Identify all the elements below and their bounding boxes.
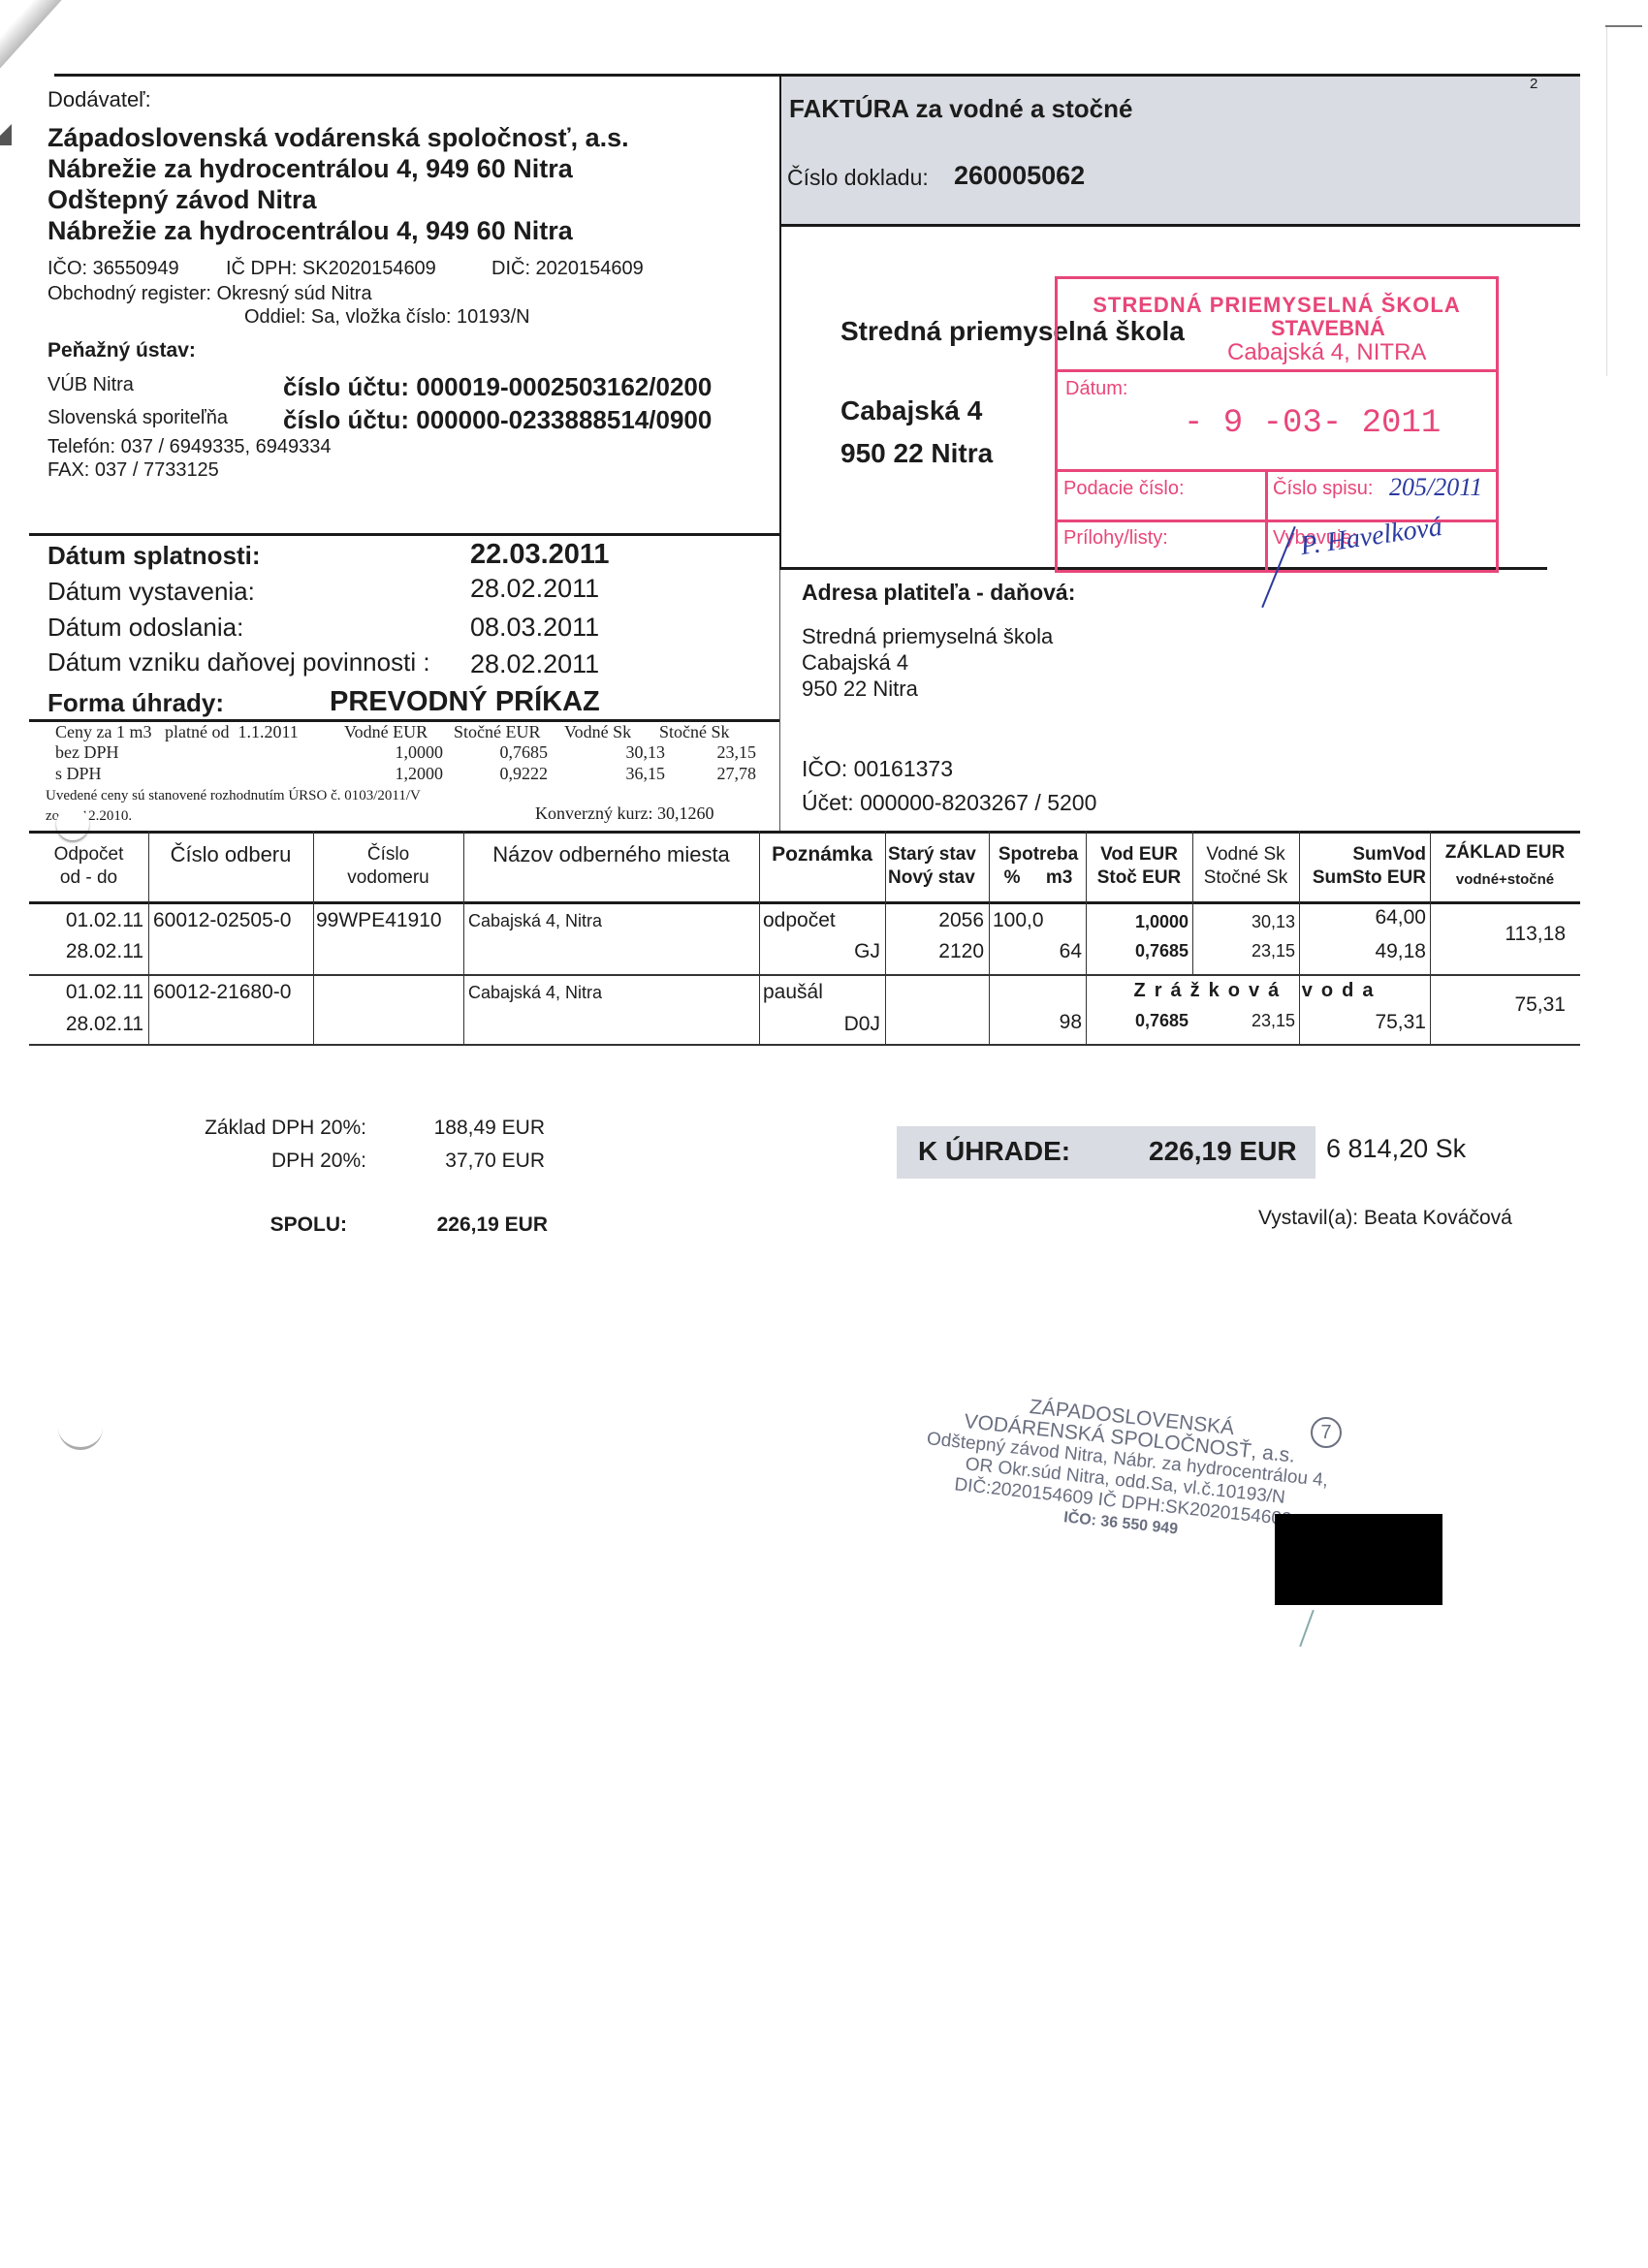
- supplier-dic: DIČ: 2020154609: [491, 258, 644, 280]
- th-poznamka: Poznámka: [759, 843, 885, 866]
- th-nazov: Názov odberného miesta: [463, 843, 759, 866]
- doc-number: 260005062: [954, 161, 1085, 191]
- cell-odber: 60012-21680-0: [153, 981, 291, 1004]
- bank-label: Peňažný ústav:: [48, 339, 196, 362]
- th-eur: Vod EURStoč EUR: [1086, 843, 1192, 890]
- payer-account: Účet: 000000-8203267 / 5200: [802, 790, 1096, 816]
- cell-zaklad: 75,31: [1430, 993, 1566, 1017]
- supplier-ic-dph: IČ DPH: SK2020154609: [226, 258, 436, 280]
- th-zaklad: ZÁKLAD EURvodné+stočné: [1430, 841, 1580, 892]
- stamp-spis-label: Číslo spisu:: [1273, 478, 1373, 500]
- th-sk: Vodné SkStočné Sk: [1192, 843, 1299, 890]
- cell-vod-sk: 30,13: [1192, 912, 1295, 932]
- cell-stary-stav: 2056: [885, 909, 984, 932]
- hole-punch-mark: [56, 807, 89, 840]
- table-row-border: [29, 974, 1580, 976]
- payer-city: 950 22 Nitra: [802, 676, 1053, 702]
- price-value: 1,0000: [396, 742, 444, 763]
- stamp-number-circle: 7: [1311, 1417, 1342, 1448]
- cell-poznamka: odpočet: [763, 909, 836, 932]
- prices-row-label: s DPH: [55, 764, 102, 784]
- received-stamp: STREDNÁ PRIEMYSELNÁ ŠKOLA STAVEBNÁ Cabaj…: [1055, 276, 1499, 573]
- stamp-date-value: - 9 -03- 2011: [1184, 405, 1441, 442]
- cell-vod-eur: 1,0000: [1086, 912, 1188, 932]
- payment-method-label: Forma úhrady:: [48, 688, 224, 718]
- sent-date-value: 08.03.2011: [470, 613, 599, 643]
- stamp-school-address: Cabajská 4, NITRA: [1227, 339, 1426, 366]
- issued-by: Vystavil(a): Beata Kováčová: [1258, 1207, 1512, 1230]
- supplier-phone: Telefón: 037 / 6949335, 6949334: [48, 436, 331, 458]
- table-column-divider: [885, 831, 886, 1044]
- cell-m3: 98: [989, 1011, 1082, 1034]
- dates-top-border: [29, 533, 779, 536]
- bank-name-vub: VÚB Nitra: [48, 374, 134, 396]
- cell-from: 01.02.11: [29, 981, 143, 1004]
- cell-poznamka-code: D0J: [759, 1013, 880, 1036]
- payer-address: Stredná priemyselná škola Cabajská 4 950…: [802, 623, 1053, 702]
- stamp-date-label: Dátum:: [1065, 378, 1127, 400]
- payer-divider: [779, 570, 780, 832]
- conversion-rate: Konverzný kurz: 30,1260: [535, 803, 713, 824]
- payment-method-value: PREVODNÝ PRÍKAZ: [330, 686, 600, 718]
- cell-sum-vod: 64,00: [1299, 906, 1426, 929]
- stamp-spis-value: 205/2011: [1389, 473, 1482, 502]
- prices-header-label: Ceny za 1 m3 platné od 1.1.2011: [55, 722, 299, 742]
- price-value: 0,7685: [500, 742, 549, 763]
- cell-from: 01.02.11: [29, 909, 143, 932]
- cell-miesto: Cabajská 4, Nitra: [468, 911, 602, 931]
- price-value: 0,9222: [500, 764, 549, 784]
- prices-header-stocne-eur: Stočné EUR: [454, 722, 541, 742]
- th-odpocet: Odpočetod - do: [29, 843, 148, 890]
- supplier-name: Západoslovenská vodárenská spoločnosť, a…: [48, 122, 629, 153]
- due-date-label: Dátum splatnosti:: [48, 541, 261, 571]
- recipient-street: Cabajská 4: [840, 395, 982, 426]
- cell-poznamka-code: GJ: [759, 940, 880, 963]
- cell-sum-sto: 49,18: [1299, 940, 1426, 963]
- cell-m3: 64: [989, 940, 1082, 963]
- amount-due-label: K ÚHRADE:: [918, 1136, 1070, 1167]
- sent-date-label: Dátum odoslania:: [48, 613, 243, 643]
- cell-stoc-sk: 23,15: [1192, 941, 1295, 961]
- payer-name: Stredná priemyselná škola: [802, 623, 1053, 649]
- prices-header-vodne-sk: Vodné Sk: [564, 722, 631, 742]
- cell-percent: 100,0: [993, 909, 1044, 932]
- vat-base-value: 188,49 EUR: [407, 1117, 545, 1140]
- header-divider: [779, 74, 781, 570]
- payer-label: Adresa platiteľa - daňová:: [802, 580, 1075, 606]
- prices-header-vodne-eur: Vodné EUR: [344, 722, 428, 742]
- issued-date-label: Dátum vystavenia:: [48, 577, 255, 607]
- scan-edge-line: [1606, 27, 1607, 376]
- supplier-register: Obchodný register: Okresný súd Nitra: [48, 283, 372, 305]
- invoice-title: FAKTÚRA za vodné a stočné: [789, 94, 1132, 124]
- prices-note: Uvedené ceny sú stanovené rozhodnutím ÚR…: [46, 788, 421, 804]
- hole-punch-mark: [58, 1408, 103, 1450]
- tax-date-value: 28.02.2011: [470, 649, 599, 679]
- prices-header-stocne-sk: Stočné Sk: [659, 722, 730, 742]
- total-label: SPOLU:: [145, 1213, 347, 1237]
- page-number: 2: [1530, 76, 1537, 92]
- stamp-podacie-label: Podacie číslo:: [1063, 478, 1185, 500]
- stamp-prilohy-label: Prílohy/listy:: [1063, 527, 1168, 550]
- th-cislo-odberu: Číslo odberu: [148, 843, 313, 866]
- payer-ico: IČO: 00161373: [802, 756, 953, 782]
- due-date-value: 22.03.2011: [470, 539, 610, 571]
- stamp-divider: [1058, 469, 1496, 472]
- supplier-label: Dodávateľ:: [48, 87, 151, 112]
- issued-date-value: 28.02.2011: [470, 574, 599, 604]
- cell-to: 28.02.11: [29, 1013, 143, 1036]
- supplier-ico: IČO: 36550949: [48, 258, 179, 280]
- amount-due-value: 226,19 EUR: [1149, 1136, 1297, 1167]
- table-header-bottom-border: [29, 901, 1580, 904]
- table-bottom-border: [29, 1044, 1580, 1046]
- supplier-branch: Odštepný závod Nitra: [48, 184, 629, 215]
- cell-novy-stav: 2120: [885, 940, 984, 963]
- redaction-box: [1275, 1514, 1442, 1605]
- supplier-fax: FAX: 037 / 7733125: [48, 459, 219, 482]
- stamp-school-type: STAVEBNÁ: [1271, 316, 1385, 341]
- vat-label: DPH 20%:: [145, 1150, 366, 1173]
- th-cislo-vodomeru: Číslovodomeru: [313, 843, 463, 890]
- cell-poznamka: paušál: [763, 981, 823, 1004]
- cell-to: 28.02.11: [29, 940, 143, 963]
- top-border: [54, 74, 1580, 77]
- price-value: 36,15: [626, 764, 666, 784]
- vat-base-label: Základ DPH 20%:: [145, 1117, 366, 1140]
- th-spotreba: Spotreba% m3: [991, 843, 1086, 890]
- supplier-address: Nábrežie za hydrocentrálou 4, 949 60 Nit…: [48, 153, 629, 184]
- supplier-block: Západoslovenská vodárenská spoločnosť, a…: [48, 122, 629, 246]
- table-top-border: [29, 831, 1580, 834]
- cell-zrazkova-voda: Zrážková voda: [1086, 980, 1430, 1002]
- bank-account-vub: číslo účtu: 000019-0002503162/0200: [283, 372, 712, 402]
- signature-stroke: [1299, 1610, 1315, 1647]
- recipient-city: 950 22 Nitra: [840, 438, 993, 469]
- cell-stoc-eur: 0,7685: [1086, 1011, 1188, 1031]
- cell-vodomer: 99WPE41910: [316, 909, 442, 932]
- bank-name-slsp: Slovenská sporiteľňa: [48, 407, 228, 429]
- total-value: 226,19 EUR: [407, 1213, 548, 1237]
- th-stav: Starý stavNový stav: [888, 843, 989, 890]
- amount-due-sk: 6 814,20 Sk: [1326, 1134, 1466, 1164]
- cell-zaklad: 113,18: [1430, 923, 1566, 946]
- cell-stoc-eur: 0,7685: [1086, 941, 1188, 961]
- doc-number-label: Číslo dokladu:: [787, 165, 929, 191]
- supplier-register-section: Oddiel: Sa, vložka číslo: 10193/N: [244, 306, 530, 329]
- stamp-school-name: STREDNÁ PRIEMYSELNÁ ŠKOLA: [1058, 293, 1496, 318]
- title-box-bottom-border: [781, 224, 1580, 227]
- tax-date-label: Dátum vzniku daňovej povinnosti :: [48, 647, 430, 677]
- price-value: 27,78: [717, 764, 757, 784]
- cell-odber: 60012-02505-0: [153, 909, 291, 932]
- supplier-branch-address: Nábrežie za hydrocentrálou 4, 949 60 Nit…: [48, 215, 629, 246]
- cell-sum-sto: 75,31: [1299, 1011, 1426, 1034]
- stamp-divider: [1058, 369, 1496, 372]
- cell-stoc-sk: 23,15: [1192, 1011, 1295, 1031]
- scan-edge-mark: [1605, 25, 1642, 27]
- price-value: 23,15: [717, 742, 757, 763]
- vat-value: 37,70 EUR: [407, 1150, 545, 1173]
- prices-row-label: bez DPH: [55, 742, 119, 763]
- cell-miesto: Cabajská 4, Nitra: [468, 983, 602, 1003]
- th-sum: SumVodSumSto EUR: [1299, 843, 1426, 890]
- bank-account-slsp: číslo účtu: 000000-0233888514/0900: [283, 405, 712, 435]
- price-value: 30,13: [626, 742, 666, 763]
- price-value: 1,2000: [396, 764, 444, 784]
- payer-street: Cabajská 4: [802, 649, 1053, 676]
